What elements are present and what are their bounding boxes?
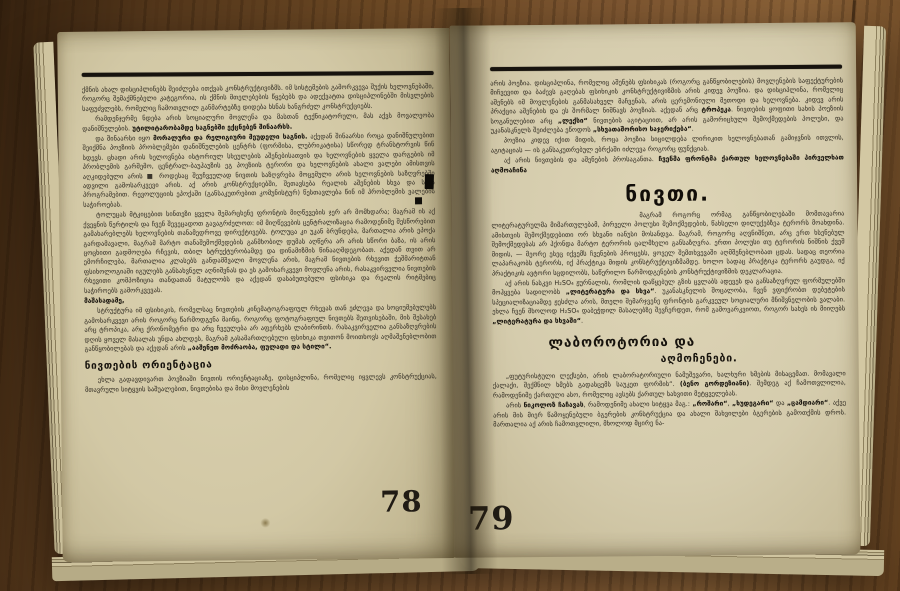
- left-page: ქმნის ახალ დისციპლინებს შეიძლება ითქვას …: [57, 28, 455, 562]
- paragraph: მაგრამ როგორც ორმაგ განწყობილებაში მომთა…: [491, 209, 845, 278]
- paragraph: აქ არის ნივთების და აშენების პროსაგანთა.…: [491, 154, 844, 176]
- paragraph: ეხლა გადავდივართ პოეზიაში ნივთის ორიენტა…: [85, 372, 437, 394]
- left-page-top-rule: [82, 71, 434, 77]
- paragraph: რამდენჯერმე ნდება არის სოციალური მოვლენა…: [82, 111, 434, 133]
- chapter-heading-object: ნივთი.: [491, 180, 844, 207]
- ink-blot-square: [415, 197, 422, 204]
- paragraph: და შინაარსი იყო მორალური და რელიგიური მე…: [82, 131, 435, 210]
- paragraph: აქ არის ნასკვი H₂SO₄ ჟურნალის, რომლის და…: [492, 276, 845, 326]
- page-number-left: 78: [380, 484, 423, 518]
- left-section-heading: ნივთების ორიენტაცია: [85, 357, 437, 372]
- section-heading-laboratory-line2: აღმოჩენები.: [661, 351, 846, 365]
- paragraph: ტოლუცას მტკიცებით სინთეზი ყველა შემარცხე…: [83, 207, 436, 295]
- ink-blot-tall: [425, 174, 434, 189]
- right-page: არის პოეზია. დისციპლინა, რომელიც აშენებს…: [450, 22, 861, 558]
- paper-stain: [260, 518, 270, 528]
- photo-of-open-book: ქმნის ახალ დისციპლინებს შეიძლება ითქვას …: [0, 0, 900, 591]
- page-number-right: 79: [468, 499, 515, 537]
- open-book: ქმნის ახალ დისციპლინებს შეიძლება ითქვას …: [40, 8, 878, 580]
- left-page-text-column: ქმნის ახალ დისციპლინებს შეიძლება ითქვას …: [82, 82, 438, 484]
- paragraph: „ფუტურისტული ლექსები, არის ლაბორატორიული…: [493, 369, 846, 400]
- paragraph: სტრუქტურა იმ ფსიხიკის, რომელსაც ნივთების…: [84, 303, 436, 354]
- section-heading-laboratory-line1: ლაბოროტორია და: [548, 332, 845, 351]
- right-page-top-rule: [490, 65, 842, 71]
- paragraph: ქმნის ახალ დისციპლინებს შეიძლება ითქვას …: [82, 82, 434, 114]
- right-page-text-column: არის პოეზია. დისციპლინა, რომელიც აშენებს…: [490, 76, 847, 501]
- paragraph: არის ნიკოლოზ ჩაჩავას, რამოდენიმე ახალი ს…: [493, 398, 846, 429]
- paragraph: პოეზია კიდევ იქით მიდის, როცა პოეზია სიც…: [491, 134, 844, 156]
- paragraph: არის პოეზია. დისციპლინა, რომელიც აშენებს…: [490, 76, 843, 136]
